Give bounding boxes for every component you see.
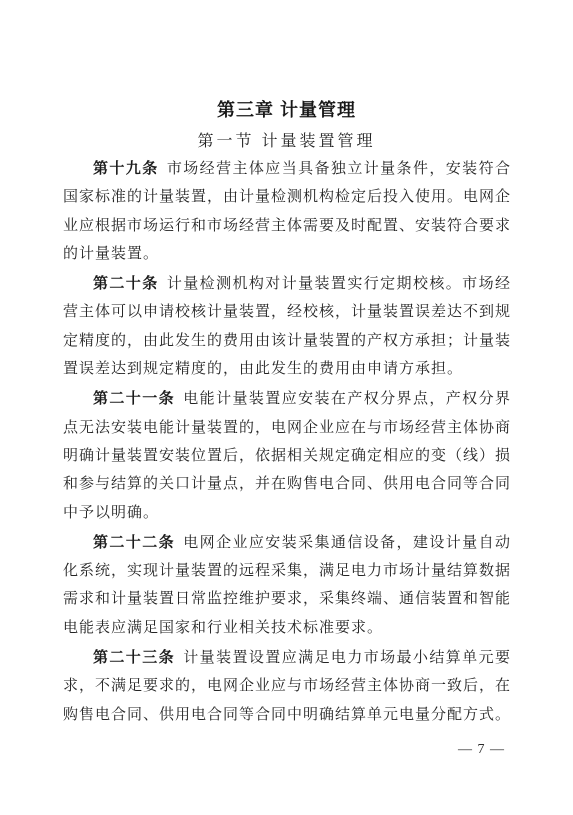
article-paragraph: 第十九条市场经营主体应当具备独立计量条件，安装符合国家标准的计量装置，由计量检测…: [63, 155, 511, 268]
articles-container: 第十九条市场经营主体应当具备独立计量条件，安装符合国家标准的计量装置，由计量检测…: [63, 155, 511, 729]
chapter-title: 第三章 计量管理: [0, 96, 573, 122]
article-number: 第二十二条: [93, 535, 175, 551]
article-number: 第十九条: [93, 161, 159, 177]
article-paragraph: 第二十条计量检测机构对计量装置实行定期校核。市场经营主体可以申请校核计量装置，经…: [63, 270, 511, 383]
article-text: 电能计量装置应安装在产权分界点，产权分界点无法安装电能计量装置的，电网企业应在与…: [63, 391, 511, 520]
page-number: — 7 —: [458, 742, 505, 758]
article-paragraph: 第二十三条计量装置设置应满足电力市场最小结算单元要求，不满足要求的，电网企业应与…: [63, 644, 511, 729]
article-number: 第二十一条: [93, 391, 175, 407]
article-number: 第二十条: [93, 276, 159, 292]
section-title: 第一节 计量装置管理: [0, 128, 573, 151]
article-paragraph: 第二十二条电网企业应安装采集通信设备，建设计量自动化系统，实现计量装置的远程采集…: [63, 529, 511, 642]
article-paragraph: 第二十一条电能计量装置应安装在产权分界点，产权分界点无法安装电能计量装置的，电网…: [63, 385, 511, 526]
document-page: 第三章 计量管理 第一节 计量装置管理 第十九条市场经营主体应当具备独立计量条件…: [0, 0, 573, 815]
article-number: 第二十三条: [93, 650, 175, 666]
